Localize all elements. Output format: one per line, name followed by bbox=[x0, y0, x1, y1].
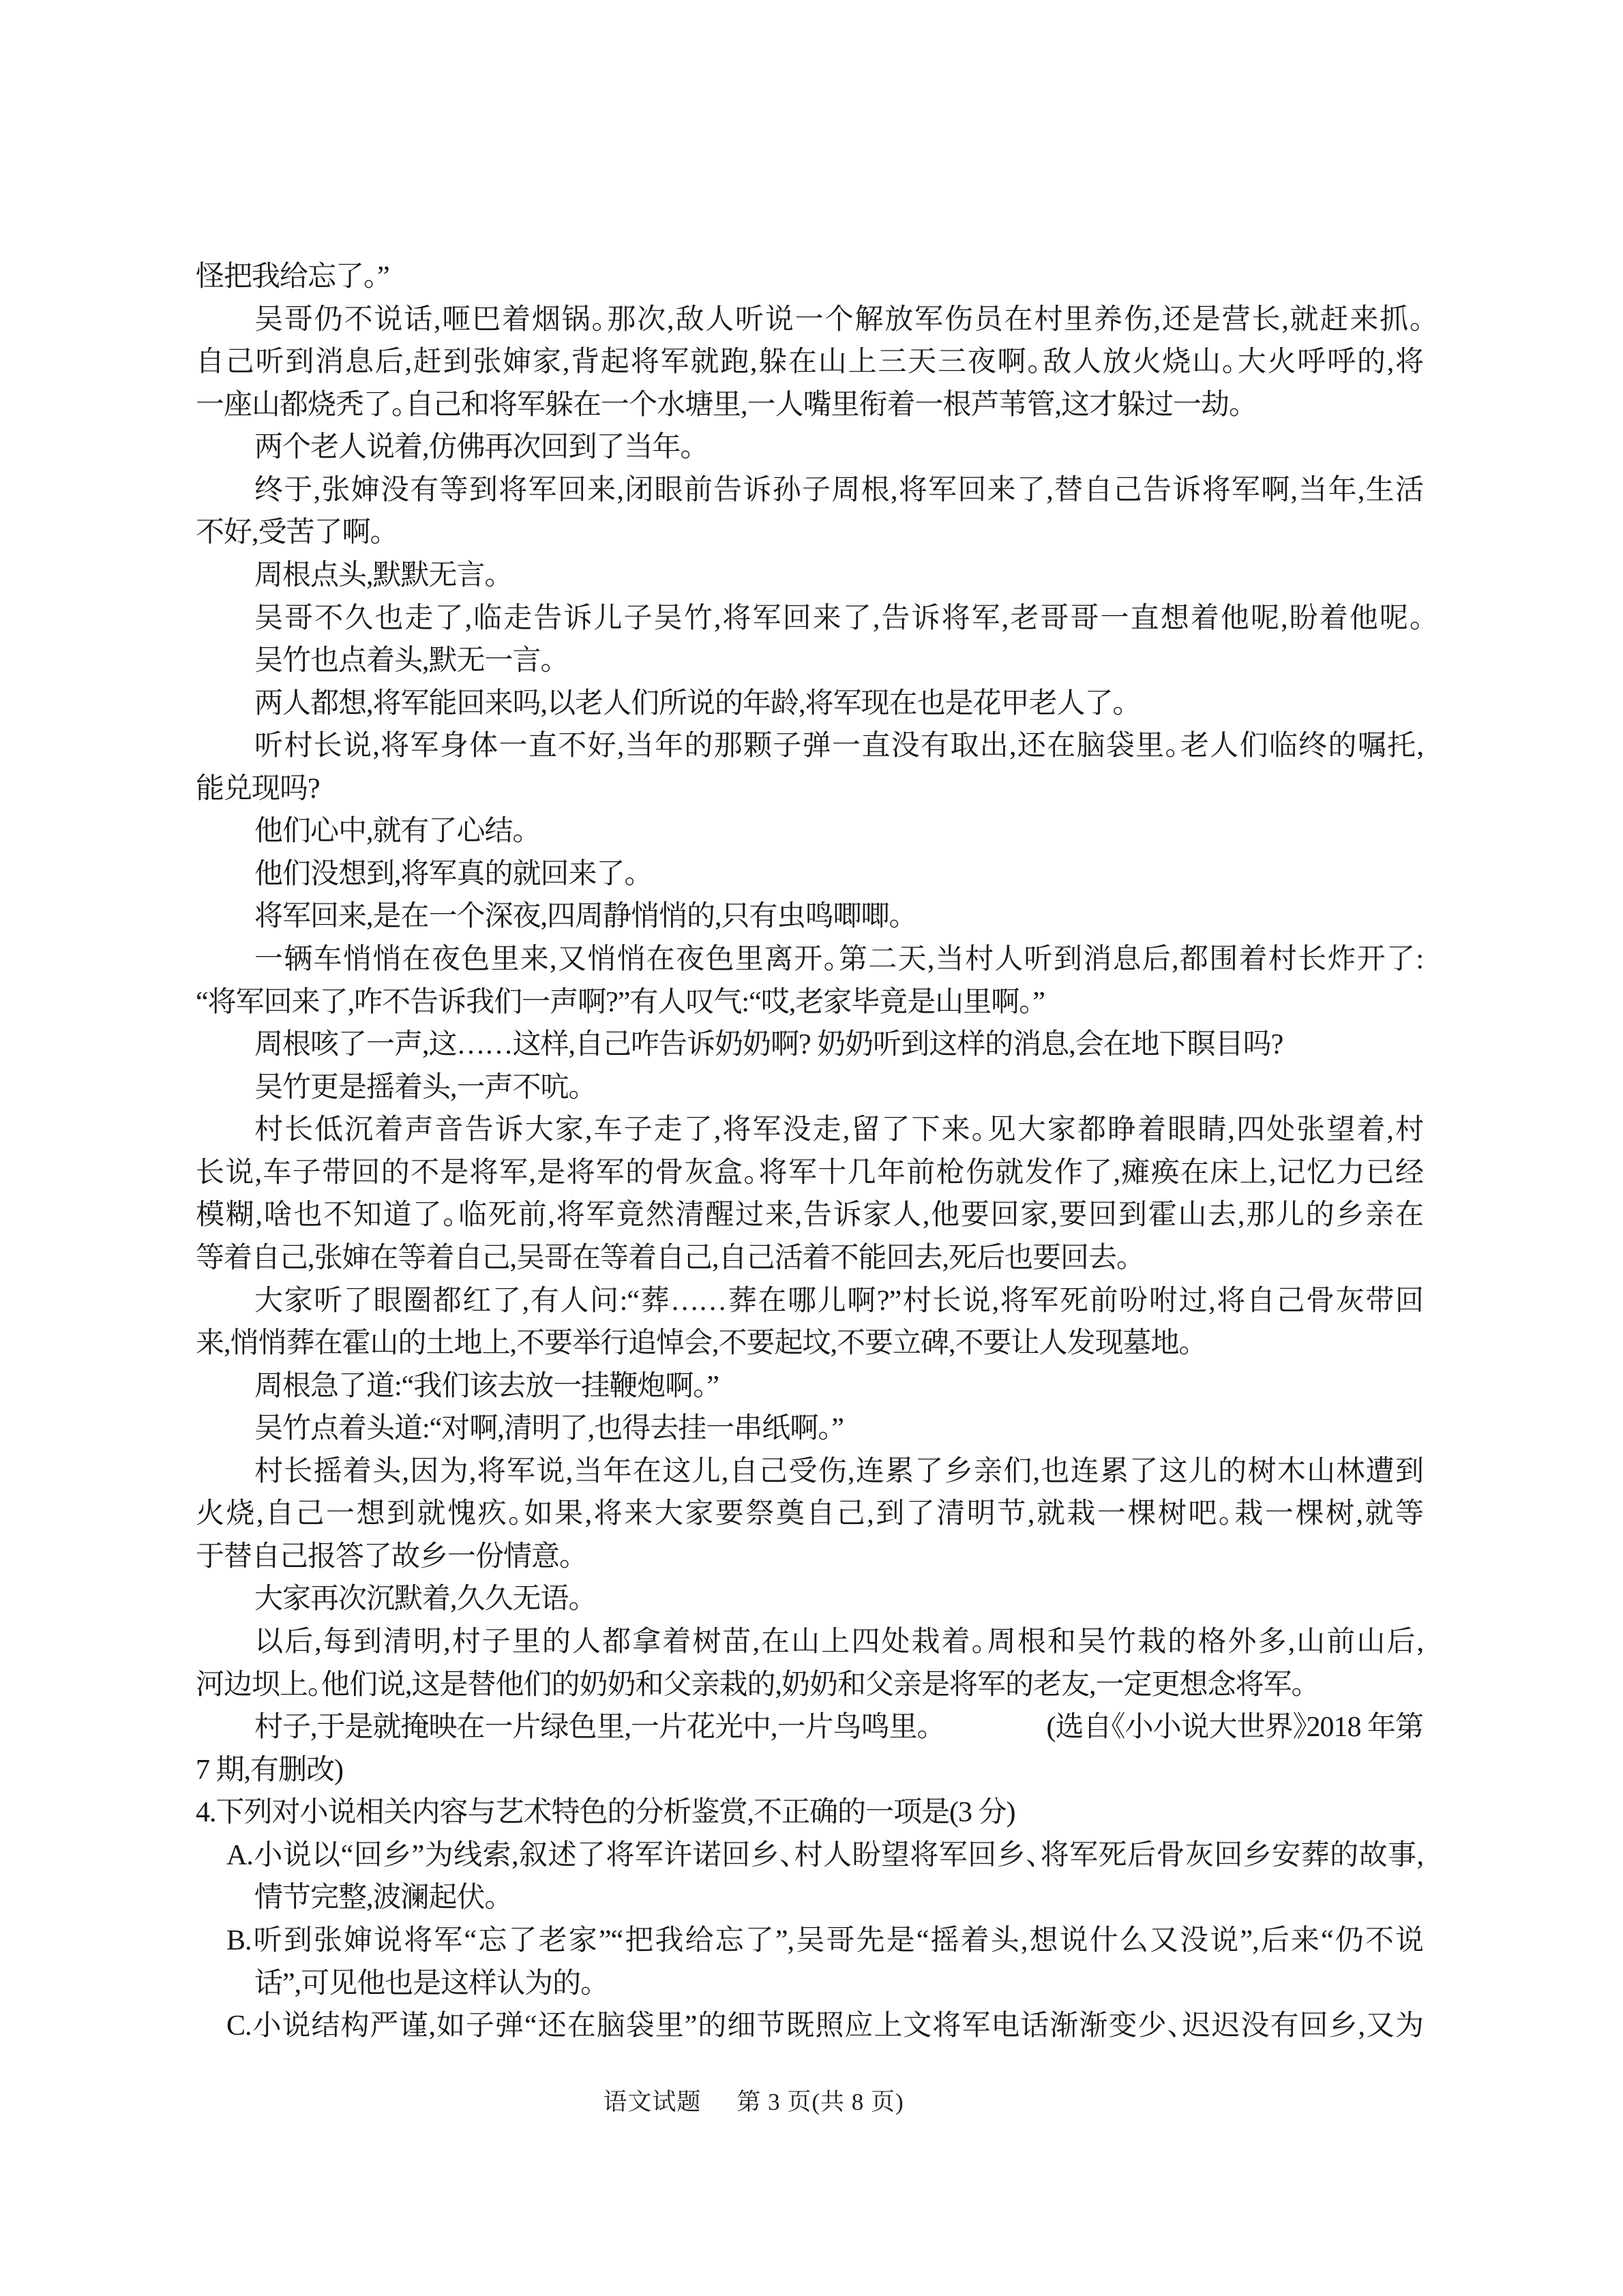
exam-page: 怪把我给忘了。”吴哥仍不说话,咂巴着烟锅。那次,敌人听说一个解放军伤员在村里养伤… bbox=[0, 0, 1623, 2296]
text-line: 听村长说,将军身体一直不好,当年的那颗子弹一直没有取出,还在脑袋里。老人们临终的… bbox=[196, 725, 1423, 768]
text-line: 情节完整,波澜起伏。 bbox=[196, 1877, 1423, 1920]
text-line: 村长摇着头,因为,将军说,当年在这儿,自己受伤,连累了乡亲们,也连累了这儿的树木… bbox=[196, 1450, 1423, 1493]
footer-page-number: 第 3 页(共 8 页) bbox=[736, 2089, 904, 2115]
text-line: 能兑现吗? bbox=[196, 768, 1423, 811]
text-line: 不好,受苦了啊。 bbox=[196, 511, 1423, 554]
text-line: 火烧,自己一想到就愧疚。如果,将来大家要祭奠自己,到了清明节,就栽一棵树吧。栽一… bbox=[196, 1493, 1423, 1536]
text-line: 等着自己,张婶在等着自己,吴哥在等着自己,自己活着不能回去,死后也要回去。 bbox=[196, 1237, 1423, 1280]
text-line: 一座山都烧秃了。自己和将军躲在一个水塘里,一人嘴里衔着一根芦苇管,这才躲过一劫。 bbox=[196, 384, 1423, 427]
text-line: 怪把我给忘了。” bbox=[196, 256, 1423, 299]
text-line: 河边坝上。他们说,这是替他们的奶奶和父亲栽的,奶奶和父亲是将军的老友,一定更想念… bbox=[196, 1664, 1423, 1707]
citation-source: (选自《小小说大世界》2018 年第 bbox=[1047, 1706, 1424, 1749]
text-line: 他们心中,就有了心结。 bbox=[196, 810, 1423, 853]
text-line: 长说,车子带回的不是将军,是将军的骨灰盒。将军十几年前枪伤就发作了,瘫痪在床上,… bbox=[196, 1152, 1423, 1195]
text-line: 村子,于是就掩映在一片绿色里,一片花光中,一片鸟鸣里。(选自《小小说大世界》20… bbox=[196, 1706, 1423, 1749]
text-line: 7 期,有删改) bbox=[196, 1749, 1423, 1792]
text-line: 周根急了道:“我们该去放一挂鞭炮啊。” bbox=[196, 1365, 1423, 1408]
text-line: 村长低沉着声音告诉大家,车子走了,将军没走,留了下来。见大家都睁着眼睛,四处张望… bbox=[196, 1109, 1423, 1152]
text-line: 两个老人说着,仿佛再次回到了当年。 bbox=[196, 426, 1423, 469]
text-line: 吴竹也点着头,默无一言。 bbox=[196, 640, 1423, 683]
page-footer: 语文试题第 3 页(共 8 页) bbox=[0, 2085, 1507, 2119]
text-line: 模糊,啥也不知道了。临死前,将军竟然清醒过来,告诉家人,他要回家,要回到霍山去,… bbox=[196, 1194, 1423, 1237]
text-line: 大家再次沉默着,久久无语。 bbox=[196, 1578, 1423, 1621]
text-line: 大家听了眼圈都红了,有人问:“葬……葬在哪儿啊?”村长说,将军死前吩咐过,将自己… bbox=[196, 1280, 1423, 1323]
text-line: 自己听到消息后,赶到张婶家,背起将军就跑,躲在山上三天三夜啊。敌人放火烧山。大火… bbox=[196, 341, 1423, 384]
text-line: 以后,每到清明,村子里的人都拿着树苗,在山上四处栽着。周根和吴竹栽的格外多,山前… bbox=[196, 1621, 1423, 1664]
text-line: 吴哥不久也走了,临走告诉儿子吴竹,将军回来了,告诉将军,老哥哥一直想着他呢,盼着… bbox=[196, 597, 1423, 640]
text-line: 两人都想,将军能回来吗,以老人们所说的年龄,将军现在也是花甲老人了。 bbox=[196, 683, 1423, 726]
footer-exam-title: 语文试题 bbox=[603, 2089, 701, 2115]
text-line: 吴竹更是摇着头,一声不吭。 bbox=[196, 1067, 1423, 1109]
text-line: 他们没想到,将军真的就回来了。 bbox=[196, 853, 1423, 896]
text-line: 于替自己报答了故乡一份情意。 bbox=[196, 1536, 1423, 1579]
text-line: 话”,可见他也是这样认为的。 bbox=[196, 1963, 1423, 2006]
text-line: 来,悄悄葬在霍山的土地上,不要举行追悼会,不要起坟,不要立碑,不要让人发现墓地。 bbox=[196, 1322, 1423, 1365]
text-line: C.小说结构严谨,如子弹“还在脑袋里”的细节既照应上文将军电话渐渐变少、迟迟没有… bbox=[196, 2005, 1423, 2048]
text-line: 吴竹点着头道:“对啊,清明了,也得去挂一串纸啊。” bbox=[196, 1407, 1423, 1450]
text-line: B.听到张婶说将军“忘了老家”“把我给忘了”,吴哥先是“摇着头,想说什么又没说”… bbox=[196, 1920, 1423, 1963]
text-line: A.小说以“回乡”为线索,叙述了将军许诺回乡、村人盼望将军回乡、将军死后骨灰回乡… bbox=[196, 1834, 1423, 1877]
text-line: 4.下列对小说相关内容与艺术特色的分析鉴赏,不正确的一项是(3 分) bbox=[196, 1791, 1423, 1834]
text-line: 周根咳了一声,这……这样,自己咋告诉奶奶啊? 奶奶听到这样的消息,会在地下瞑目吗… bbox=[196, 1024, 1423, 1067]
story-line-text: 村子,于是就掩映在一片绿色里,一片花光中,一片鸟鸣里。 bbox=[254, 1706, 931, 1749]
text-line: 一辆车悄悄在夜色里来,又悄悄在夜色里离开。第二天,当村人听到消息后,都围着村长炸… bbox=[196, 938, 1423, 981]
text-line: 周根点头,默默无言。 bbox=[196, 554, 1423, 597]
text-line: 终于,张婶没有等到将军回来,闭眼前告诉孙子周根,将军回来了,替自己告诉将军啊,当… bbox=[196, 469, 1423, 512]
text-line: 将军回来,是在一个深夜,四周静悄悄的,只有虫鸣唧唧。 bbox=[196, 895, 1423, 938]
story-text: 怪把我给忘了。”吴哥仍不说话,咂巴着烟锅。那次,敌人听说一个解放军伤员在村里养伤… bbox=[196, 256, 1423, 2048]
text-line: 吴哥仍不说话,咂巴着烟锅。那次,敌人听说一个解放军伤员在村里养伤,还是营长,就赶… bbox=[196, 299, 1423, 342]
text-line: “将军回来了,咋不告诉我们一声啊?”有人叹气:“哎,老家毕竟是山里啊。” bbox=[196, 981, 1423, 1024]
